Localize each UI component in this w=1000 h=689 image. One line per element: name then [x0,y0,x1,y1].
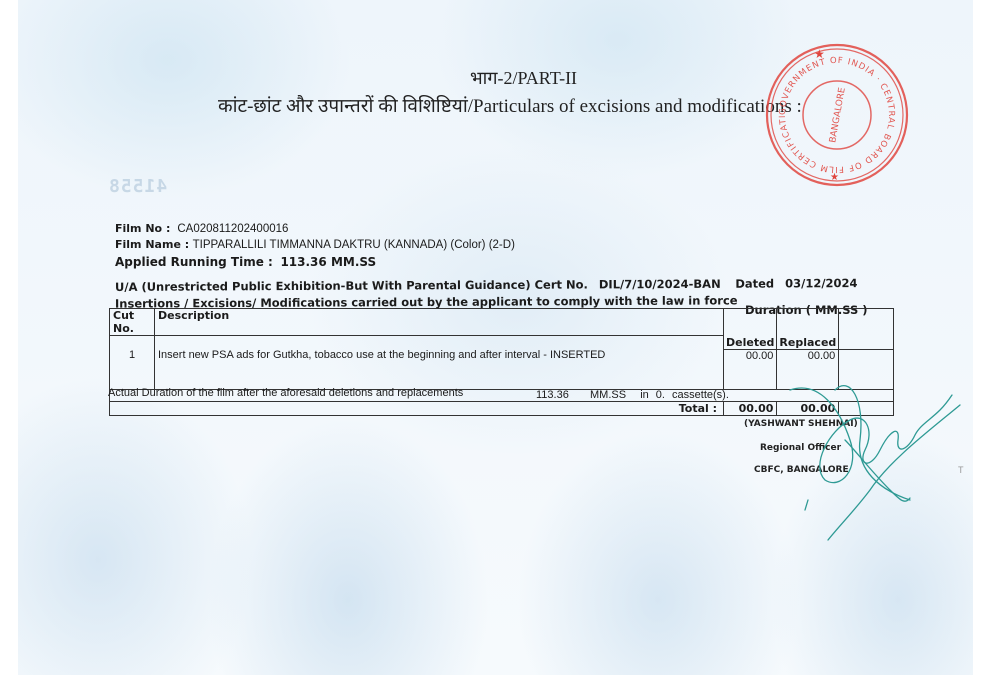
actual-duration-value: 113.36 MM.SS in 0. cassette(s). [536,389,729,401]
header-cut-no: Cut No. [110,309,155,336]
svg-text:GOVERNMENT OF INDIA · CENTRAL: GOVERNMENT OF INDIA · CENTRAL BOARD OF F… [762,40,896,174]
stamp-inner-text: BANGALORE [828,86,848,143]
row-cut-no: 1 [110,349,155,389]
film-no-value: CA020811202400016 [177,223,288,235]
svg-text:★: ★ [814,47,825,61]
running-time-row: Applied Running Time : 113.36 MM.SS [115,255,376,269]
total-deleted: 00.00 [724,401,777,415]
film-no-row: Film No : CA020811202400016 [115,222,288,235]
film-name-label: Film Name : [115,238,189,251]
row-description: Insert new PSA ads for Gutkha, tobacco u… [155,349,724,389]
header-deleted: Deleted [724,336,777,350]
certificate-text: U/A (Unrestricted Public Exhibition-But … [115,277,588,293]
total-label: Total : [110,401,724,415]
dated-label: Dated [735,276,774,290]
actual-duration-number: 113.36 [536,389,569,401]
header-replaced: Replaced [777,336,839,350]
excisions-table: Cut No. Description Deleted Replaced 1 I… [109,308,894,416]
cbfc-seal-stamp: GOVERNMENT OF INDIA · CENTRAL BOARD OF F… [762,40,912,190]
film-name-row: Film Name : TIPPARALLILI TIMMANNA DAKTRU… [115,238,515,251]
watermark-number: 41558 [108,176,167,197]
svg-text:★: ★ [830,172,839,183]
part-title: भाग-2/PART-II [470,66,577,90]
film-no-label: Film No : [115,222,170,235]
corner-mark: T [958,465,964,475]
table-row: 1 Insert new PSA ads for Gutkha, tobacco… [110,349,894,389]
signature [780,370,980,550]
row-deleted: 00.00 [724,349,777,389]
cert-number: DIL/7/10/2024-BAN [599,277,721,292]
running-time-value: 113.36 MM.SS [280,255,376,269]
actual-duration-text: Actual Duration of the film after the af… [108,387,463,399]
header-description: Description [155,309,724,336]
cassette-count: in 0. cassette(s). [640,389,729,401]
stamp-outer-text: GOVERNMENT OF INDIA · CENTRAL BOARD OF F… [762,40,896,174]
section-subtitle: कांट-छांट और उपान्तरों की विशिष्टियां/Pa… [218,92,802,118]
table-header-row: Cut No. Description [110,309,894,336]
total-row: Total : 00.00 00.00 [110,401,894,415]
dated-value: 03/12/2024 [785,276,857,290]
actual-duration-unit: MM.SS [590,389,626,401]
running-time-label: Applied Running Time : [115,255,273,269]
film-name-value: TIPPARALLILI TIMMANNA DAKTRU (KANNADA) (… [193,239,515,251]
